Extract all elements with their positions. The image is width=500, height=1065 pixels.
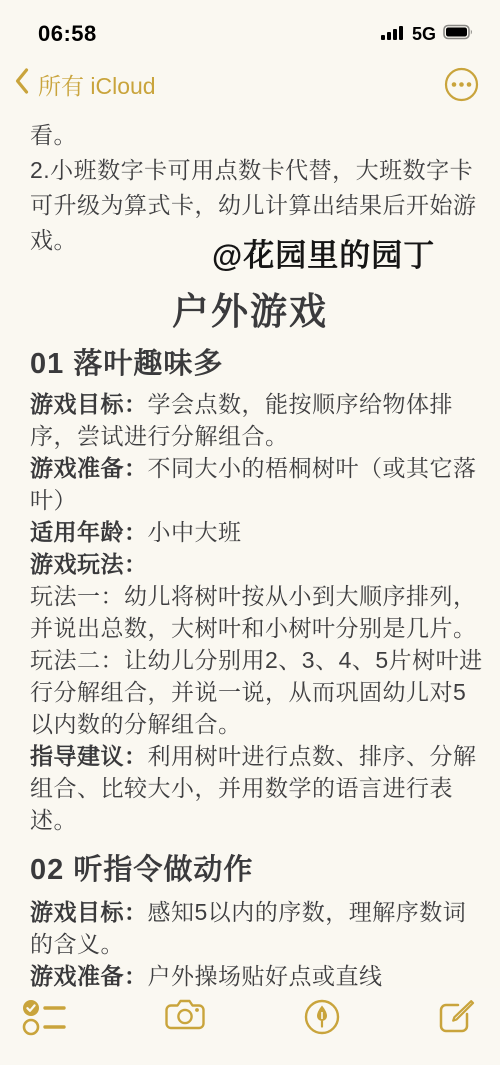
- notes-app-screen: 06:58 5G: [0, 0, 500, 1065]
- note-line: 游戏玩法：: [0, 548, 500, 580]
- chevron-left-icon: [14, 67, 29, 101]
- markup-button[interactable]: [303, 998, 341, 1036]
- back-button[interactable]: 所有 iCloud: [14, 67, 156, 101]
- game2-body: 游戏目标：感知5以内的序数，理解序数词 的含义。 游戏准备：户外操场贴好点或直线: [0, 896, 500, 992]
- note-line: 序，尝试进行分解组合。: [0, 420, 500, 452]
- network-type-label: 5G: [412, 24, 436, 45]
- note-line: 组合、比较大小，并用数学的语言进行表: [0, 772, 500, 804]
- note-line: 游戏目标：感知5以内的序数，理解序数词: [0, 896, 500, 928]
- back-label: 所有 iCloud: [38, 68, 156, 101]
- compose-button[interactable]: [438, 998, 476, 1036]
- game1-heading: 01 落叶趣味多: [0, 344, 500, 384]
- note-line: 以内数的分解组合。: [0, 708, 500, 740]
- note-line: 玩法一：幼儿将树叶按从小到大顺序排列，: [0, 580, 500, 612]
- status-indicators: 5G: [381, 24, 474, 45]
- checklist-icon: [22, 1024, 68, 1039]
- note-line: 适用年龄：小中大班: [0, 516, 500, 548]
- camera-button[interactable]: [165, 998, 205, 1030]
- checklist-button[interactable]: [22, 998, 68, 1036]
- note-line: 看。: [0, 118, 500, 153]
- note-line: 行分解组合，并说一说，从而巩固幼儿对5: [0, 676, 500, 708]
- bottom-toolbar: [0, 988, 500, 1065]
- clock: 06:58: [38, 21, 97, 47]
- battery-icon: [443, 24, 474, 45]
- note-line: 玩法二：让幼儿分别用2、3、4、5片树叶进: [0, 644, 500, 676]
- camera-icon: [165, 1018, 205, 1033]
- compose-icon: [438, 1024, 476, 1039]
- ellipsis-circle-icon: [443, 91, 480, 106]
- nav-bar: 所有 iCloud: [0, 60, 500, 108]
- note-line: 的含义。: [0, 928, 500, 960]
- note-line: 游戏准备：不同大小的梧桐树叶（或其它落: [0, 452, 500, 484]
- section-title: 户外游戏: [0, 288, 500, 336]
- author-watermark: @花园里的园丁: [212, 230, 435, 275]
- markup-icon: [303, 1024, 341, 1039]
- more-options-button[interactable]: [443, 66, 480, 103]
- note-line: 2.小班数字卡可用点数卡代替，大班数字卡: [0, 153, 500, 188]
- note-line: 叶）: [0, 484, 500, 516]
- note-line: 指导建议：利用树叶进行点数、排序、分解: [0, 740, 500, 772]
- note-line: 并说出总数，大树叶和小树叶分别是几片。: [0, 612, 500, 644]
- note-line: 可升级为算式卡，幼儿计算出结果后开始游: [0, 188, 500, 223]
- note-line: 述。: [0, 804, 500, 836]
- cellular-signal-icon: [381, 24, 405, 45]
- game2-heading: 02 听指令做动作: [0, 850, 500, 890]
- note-editor[interactable]: 看。 2.小班数字卡可用点数卡代替，大班数字卡 可升级为算式卡，幼儿计算出结果后…: [0, 118, 500, 1065]
- status-bar: 06:58 5G: [0, 0, 500, 56]
- game1-body: 游戏目标：学会点数，能按顺序给物体排 序，尝试进行分解组合。 游戏准备：不同大小…: [0, 388, 500, 836]
- note-line: 游戏目标：学会点数，能按顺序给物体排: [0, 388, 500, 420]
